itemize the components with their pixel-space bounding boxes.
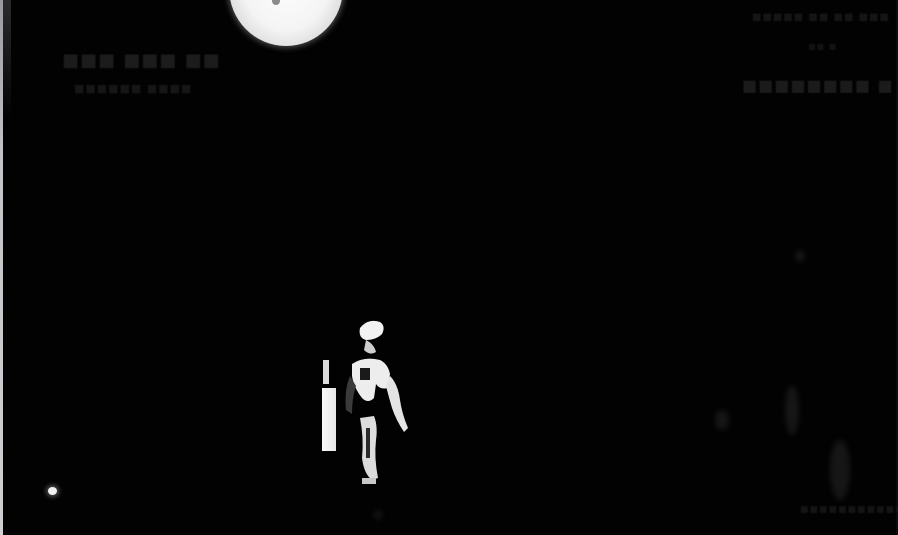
faint-glow-bottom-right-2	[830, 440, 850, 500]
faint-glow-right	[795, 250, 805, 262]
character-figure-icon[interactable]	[330, 318, 414, 488]
hud-top-left-subtitle: ■■■■■■ ■■■■	[74, 82, 192, 95]
faint-glow-bottom-center	[374, 510, 382, 520]
light-dot-icon	[48, 487, 57, 495]
hud-bottom-right: ■■■■■■■■■■■■	[800, 505, 898, 515]
game-viewport[interactable]: ■■■ ■■■ ■■ ■■■■■■ ■■■■ ■■■■■ ■■ ■■ ■■■ ■…	[0, 0, 898, 535]
left-edge-shade	[3, 0, 11, 120]
hud-top-right-mid: ■■ ■	[808, 42, 837, 51]
faint-glow-bottom-right-3	[715, 410, 729, 430]
doorway-top-panel	[323, 360, 329, 384]
hud-top-left-title: ■■■ ■■■ ■■	[62, 50, 221, 71]
hud-top-right-title: ■■■■■■■■ ■	[742, 76, 894, 95]
spotlight-icon	[229, 0, 343, 46]
faint-glow-bottom-right-1	[785, 385, 799, 435]
hud-top-right-small: ■■■■■ ■■ ■■ ■■■	[752, 12, 890, 23]
